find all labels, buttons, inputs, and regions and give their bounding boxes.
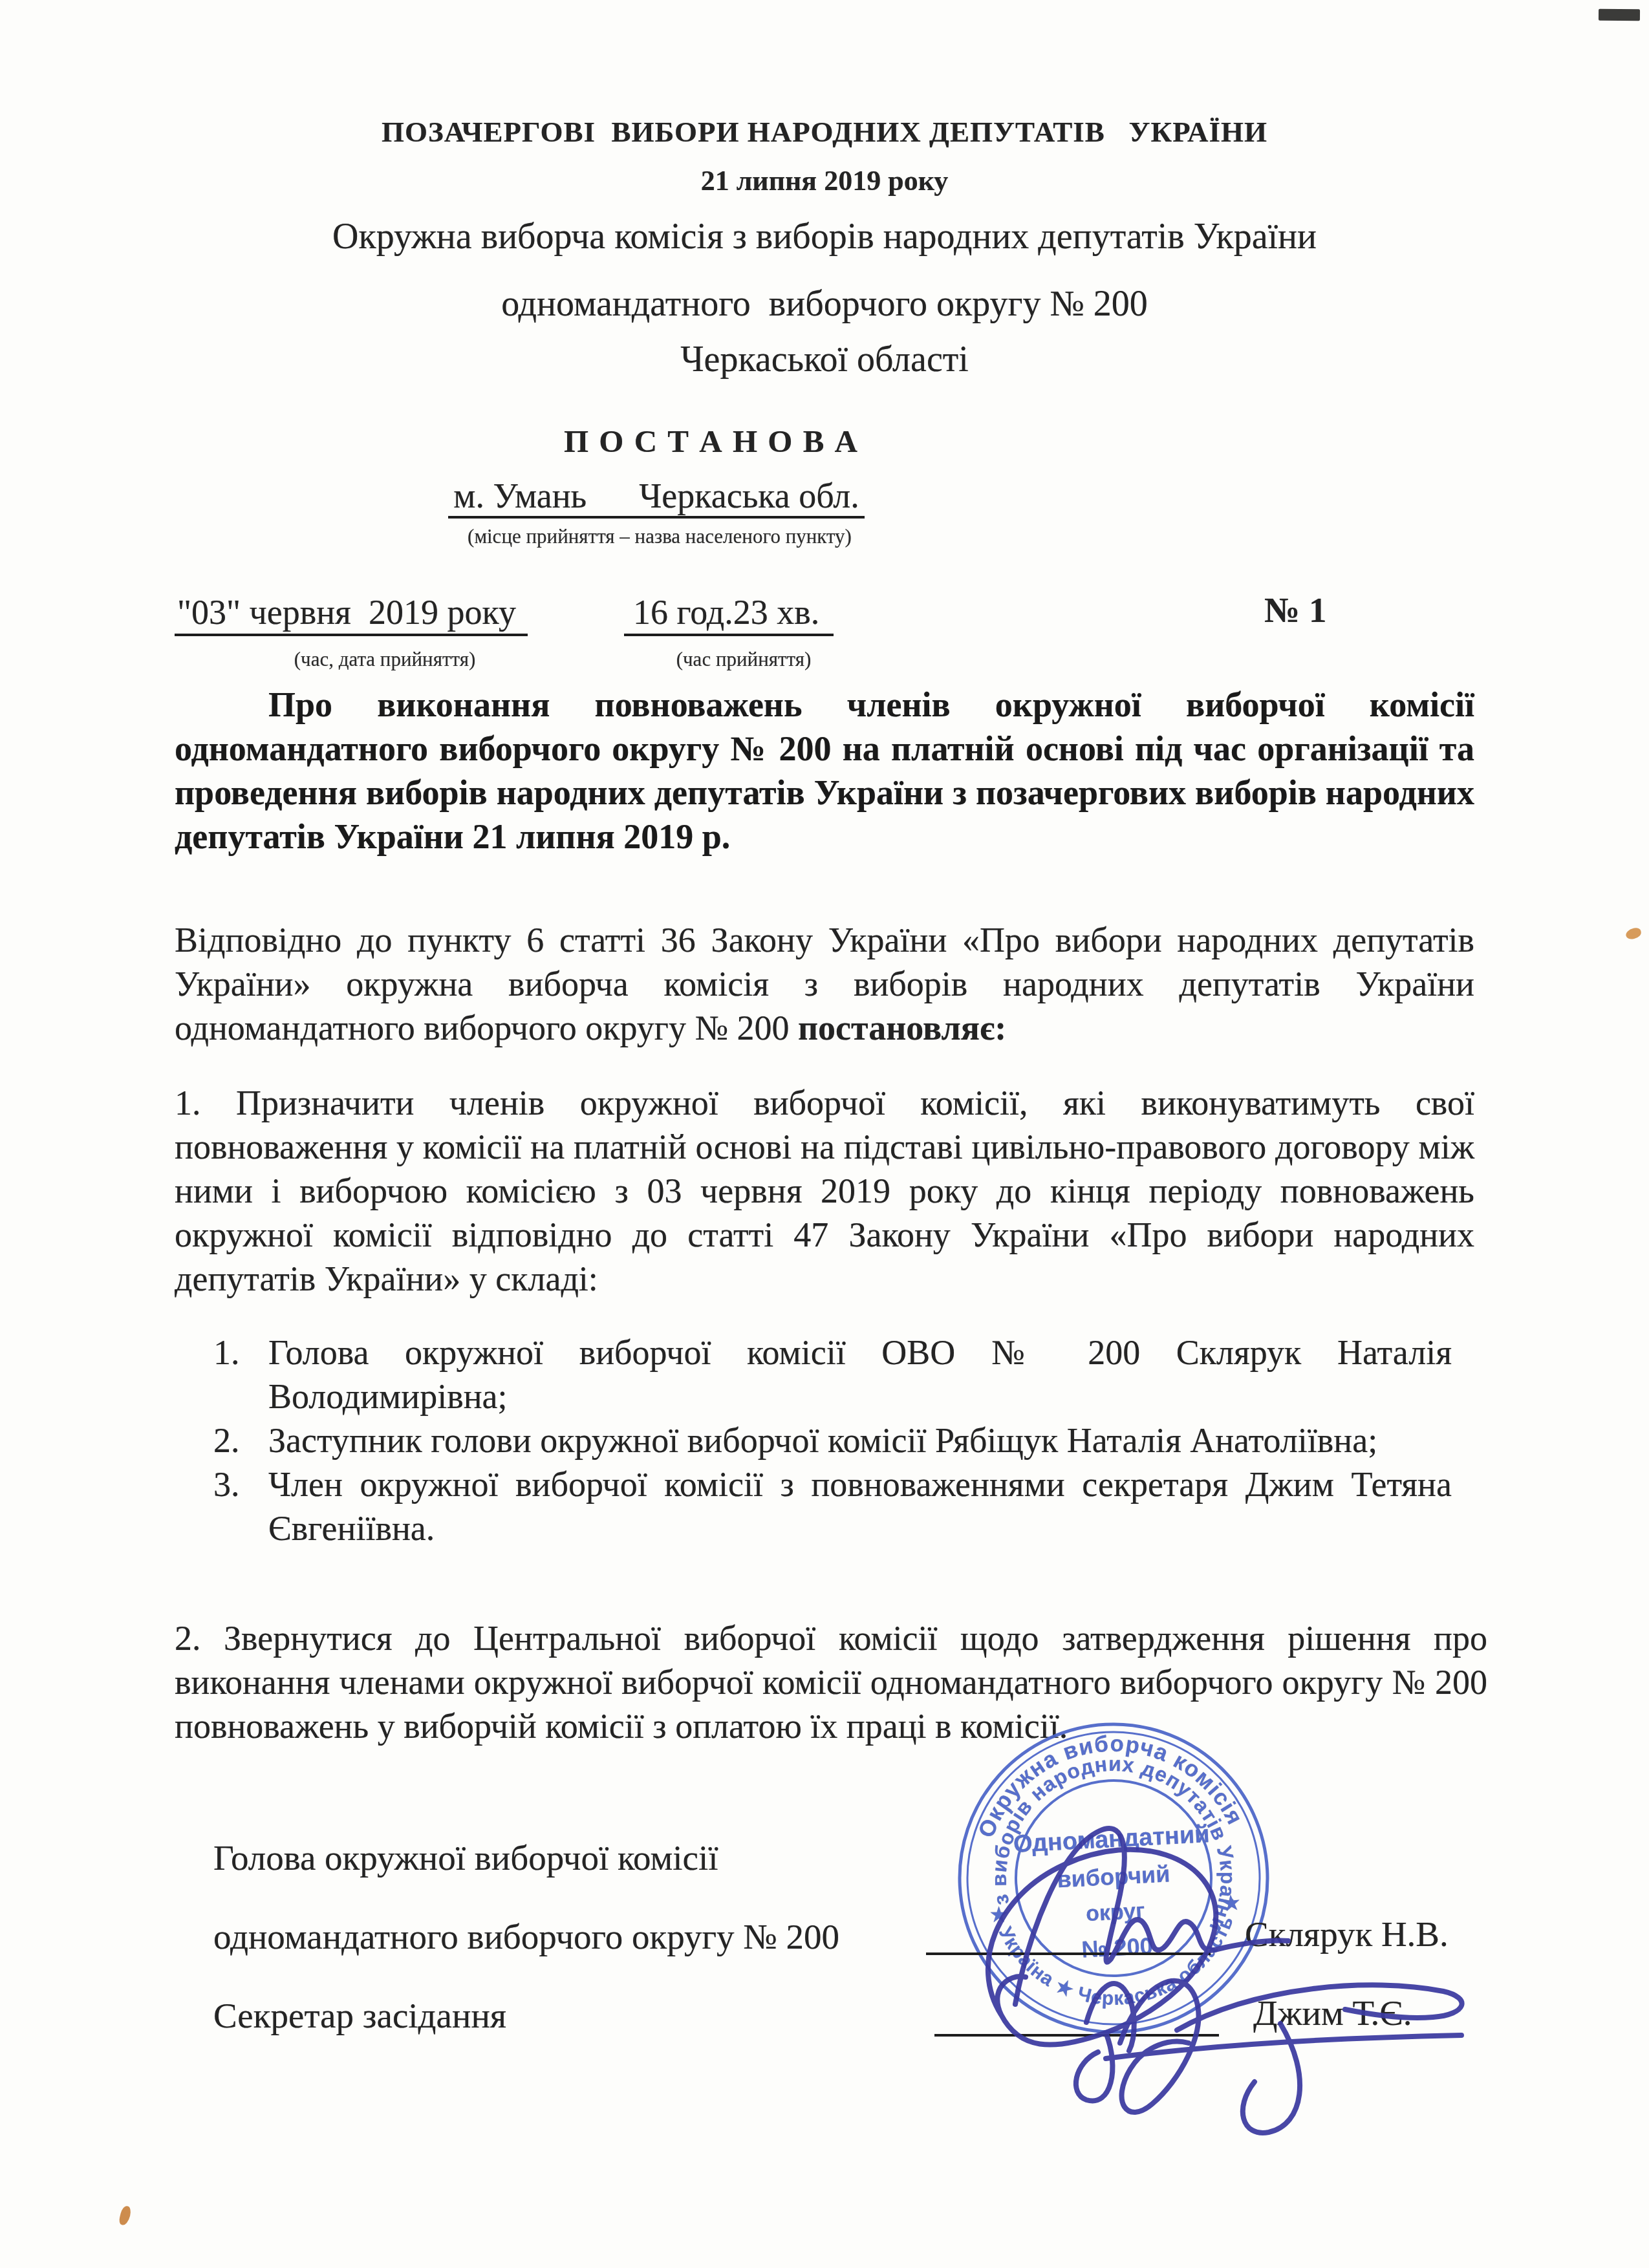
scan-artifact-bar [1599, 9, 1640, 21]
region-line: Черкаської області [175, 339, 1474, 380]
place-caption: (місце прийняття – назва населеного пунк… [369, 525, 951, 548]
chair-name: Склярук Н.В. [1245, 1914, 1449, 1954]
scanned-resolution-document: ПОЗАЧЕРГОВІ ВИБОРИ НАРОДНИХ ДЕПУТАТІВ УК… [0, 0, 1649, 2268]
members-list: 1. Голова окружної виборчої комісії ОВО … [213, 1331, 1452, 1550]
resolution-heading: П О С Т А Н О В А [175, 423, 1248, 460]
commission-name-line: Окружна виборча комісія з виборів народн… [175, 216, 1474, 257]
preamble-paragraph: Відповідно до пункту 6 статті 36 Закону … [175, 918, 1474, 1050]
secretary-title: Секретар засідання [213, 1995, 506, 2036]
place-of-adoption: м. Умань Черкаська обл. [448, 476, 864, 519]
scan-artifact-speck [118, 2205, 133, 2227]
scan-artifact-speck [1625, 927, 1643, 941]
resolution-number: № 1 [1264, 590, 1327, 630]
document-title-line2: 21 липня 2019 року [175, 164, 1474, 197]
secretary-signature-line [934, 2034, 1219, 2037]
list-item-number: 1. [213, 1331, 268, 1418]
stamp-center-line1: Одномандатний [1013, 1821, 1210, 1858]
list-item-text: Голова окружної виборчої комісії ОВО № 2… [268, 1331, 1452, 1418]
date-caption: (час, дата прийняття) [246, 648, 524, 671]
list-item-text: Член окружної виборчої комісії з повнова… [268, 1462, 1452, 1550]
chair-signature-line [926, 1952, 1211, 1955]
list-item-number: 3. [213, 1462, 268, 1550]
list-item-text: Заступник голови окружної виборчої коміс… [268, 1418, 1452, 1462]
district-line: одномандатного виборчого округу № 200 [175, 283, 1474, 325]
list-item: 3. Член окружної виборчої комісії з повн… [213, 1462, 1452, 1550]
stamp-center-line3: округ [1085, 1899, 1145, 1927]
list-item: 1. Голова окружної виборчої комісії ОВО … [213, 1331, 1452, 1418]
stamp-center-line2: виборчий [1057, 1860, 1171, 1892]
list-item-number: 2. [213, 1418, 268, 1462]
secretary-name: Джим Т.Є. [1253, 1993, 1412, 2033]
item1-paragraph: 1. Призначити членів окружної виборчої к… [175, 1081, 1474, 1301]
preamble-resolves-word: постановляє: [798, 1009, 1006, 1047]
list-item: 2. Заступник голови окружної виборчої ко… [213, 1418, 1452, 1462]
time-caption: (час прийняття) [637, 648, 850, 671]
chair-title-line1: Голова окружної виборчої комісії [213, 1837, 718, 1878]
chair-title-line2: одномандатного виборчого округу № 200 [213, 1916, 839, 1957]
adoption-date: "03" червня 2019 року [175, 592, 528, 636]
adoption-time: 16 год.23 хв. [624, 592, 834, 636]
subject-paragraph: Про виконання повноважень членів окружно… [175, 683, 1474, 859]
document-title-line1: ПОЗАЧЕРГОВІ ВИБОРИ НАРОДНИХ ДЕПУТАТІВ УК… [175, 115, 1474, 149]
stamp-center-line4: № 200 [1081, 1932, 1154, 1963]
